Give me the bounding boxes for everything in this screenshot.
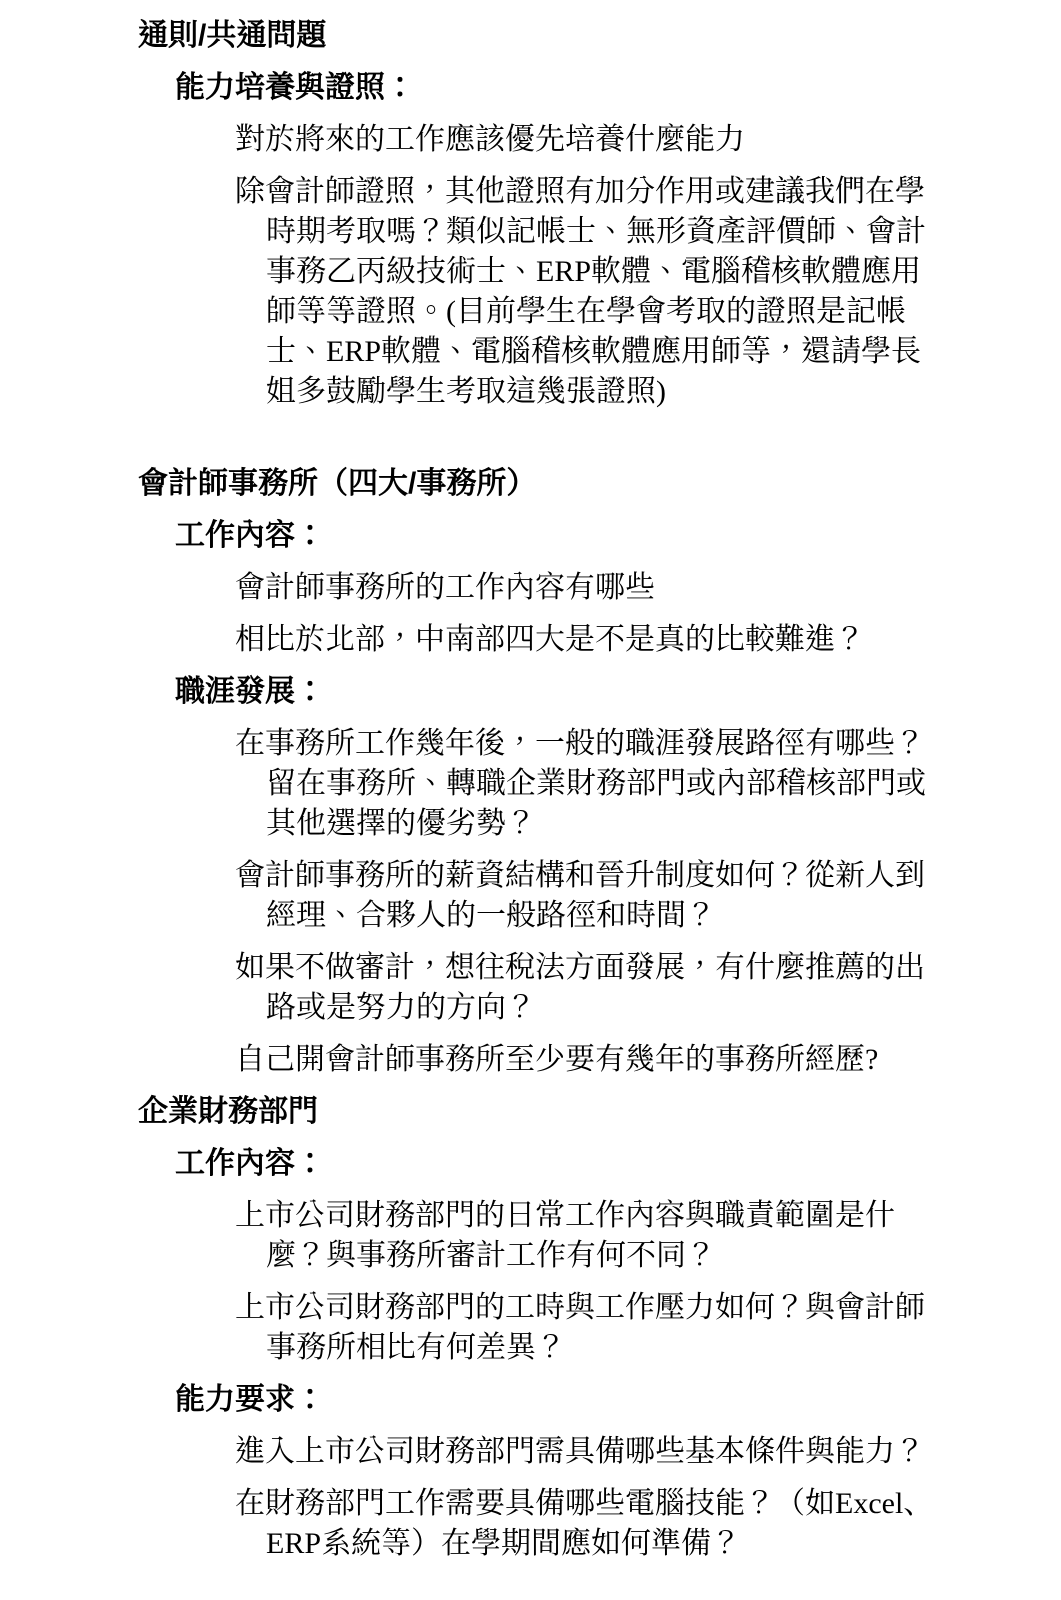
- document-page: 通則/共通問題能力培養與證照：對於將來的工作應該優先培養什麼能力除會計師證照，其…: [0, 0, 1061, 1600]
- question-item: 會計師事務所的工作內容有哪些: [235, 568, 944, 608]
- section: 通則/共通問題能力培養與證照：對於將來的工作應該優先培養什麼能力除會計師證照，其…: [138, 16, 921, 412]
- question-item: 對於將來的工作應該優先培養什麼能力: [235, 120, 944, 160]
- section-title: 通則/共通問題: [138, 16, 921, 56]
- question-item: 除會計師證照，其他證照有加分作用或建議我們在學時期考取嗎？類似記帳士、無形資產評…: [235, 172, 944, 412]
- subsection: 能力培養與證照：對於將來的工作應該優先培養什麼能力除會計師證照，其他證照有加分作…: [138, 68, 921, 412]
- question-item: 相比於北部，中南部四大是不是真的比較難進？: [235, 620, 944, 660]
- subsection: 工作內容：會計師事務所的工作內容有哪些相比於北部，中南部四大是不是真的比較難進？: [138, 516, 921, 660]
- question-item: 上市公司財務部門的工時與工作壓力如何？與會計師事務所相比有何差異？: [235, 1288, 944, 1368]
- question-item: 如果不做審計，想往稅法方面發展，有什麼推薦的出路或是努力的方向？: [235, 948, 944, 1028]
- subsection-title: 工作內容：: [175, 516, 921, 556]
- question-item: 在事務所工作幾年後，一般的職涯發展路徑有哪些？留在事務所、轉職企業財務部門或內部…: [235, 724, 944, 844]
- question-item: 上市公司財務部門的日常工作內容與職責範圍是什麼？與事務所審計工作有何不同？: [235, 1196, 944, 1276]
- question-item: 會計師事務所的薪資結構和晉升制度如何？從新人到經理、合夥人的一般路徑和時間？: [235, 856, 944, 936]
- subsection: 職涯發展：在事務所工作幾年後，一般的職涯發展路徑有哪些？留在事務所、轉職企業財務…: [138, 672, 921, 1080]
- section-title: 會計師事務所（四大/事務所）: [138, 464, 921, 504]
- question-item: 自己開會計師事務所至少要有幾年的事務所經歷?: [235, 1040, 944, 1080]
- subsection: 工作內容：上市公司財務部門的日常工作內容與職責範圍是什麼？與事務所審計工作有何不…: [138, 1144, 921, 1368]
- section-title: 企業財務部門: [138, 1092, 921, 1132]
- subsection: 能力要求：進入上市公司財務部門需具備哪些基本條件與能力？在財務部門工作需要具備哪…: [138, 1380, 921, 1564]
- question-item: 進入上市公司財務部門需具備哪些基本條件與能力？: [235, 1432, 944, 1472]
- subsection-title: 工作內容：: [175, 1144, 921, 1184]
- section: 會計師事務所（四大/事務所）工作內容：會計師事務所的工作內容有哪些相比於北部，中…: [138, 464, 921, 1080]
- subsection-title: 職涯發展：: [175, 672, 921, 712]
- question-item: 在財務部門工作需要具備哪些電腦技能？（如Excel、ERP系統等）在學期間應如何…: [235, 1484, 944, 1564]
- section: 企業財務部門工作內容：上市公司財務部門的日常工作內容與職責範圍是什麼？與事務所審…: [138, 1092, 921, 1564]
- subsection-title: 能力要求：: [175, 1380, 921, 1420]
- subsection-title: 能力培養與證照：: [175, 68, 921, 108]
